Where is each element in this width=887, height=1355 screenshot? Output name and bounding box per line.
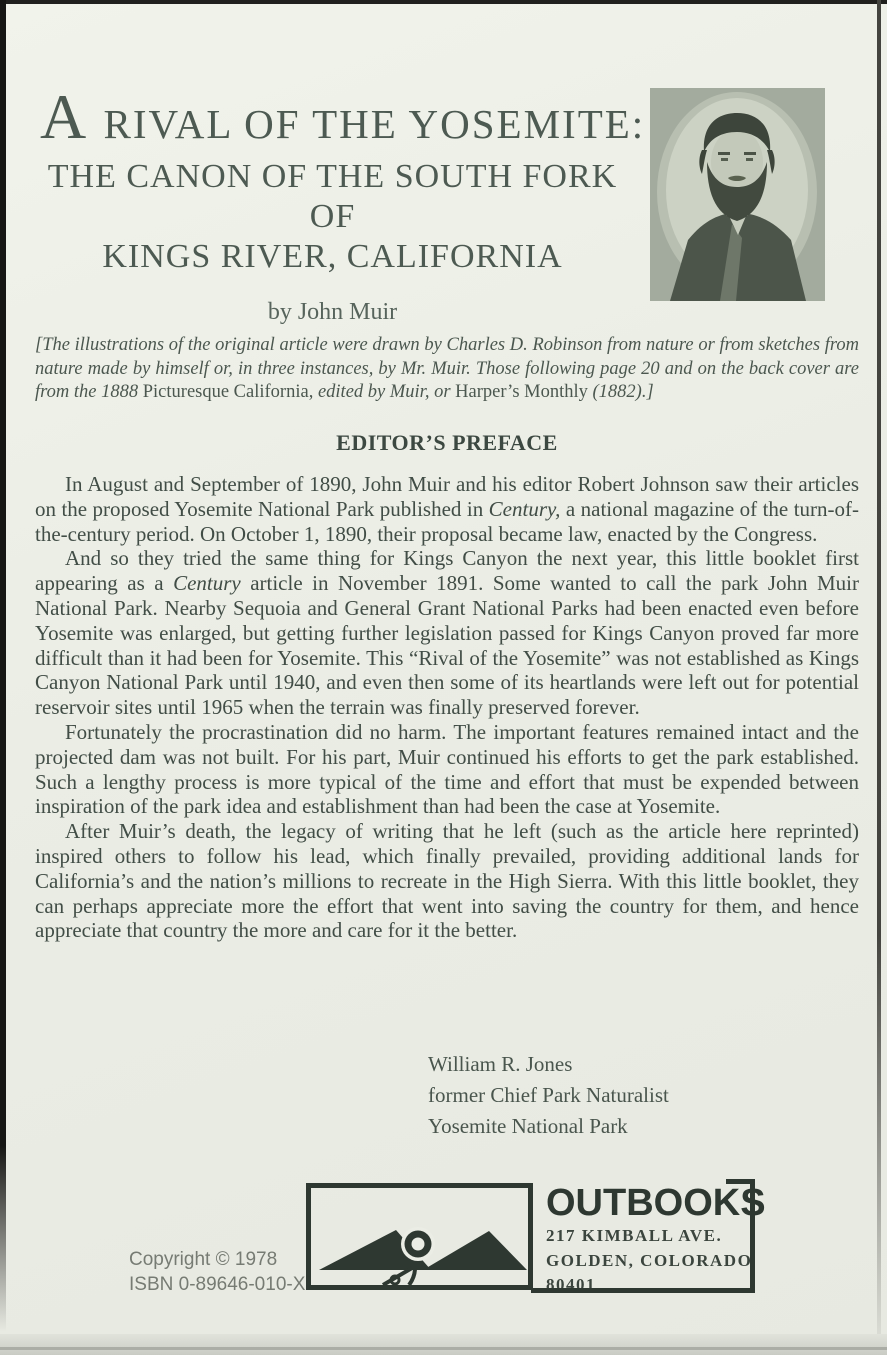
scan-edge-right [877,0,881,1336]
article-title-block: A RIVAL OF THE YOSEMITE: THE CANON OF TH… [40,84,625,326]
preface-body: In August and September of 1890, John Mu… [35,472,859,943]
signature-organization: Yosemite National Park [428,1111,669,1142]
title-line-1: A RIVAL OF THE YOSEMITE: [40,84,625,157]
publisher-block: OUTBOOKS 217 KIMBALL AVE. GOLDEN, COLORA… [546,1182,766,1298]
isbn-line: ISBN 0-89646-010-X [129,1272,305,1297]
publisher-address-line2: GOLDEN, COLORADO [546,1249,766,1274]
title-dropcap: A [40,81,86,152]
copyright-block: Copyright © 1978 ISBN 0-89646-010-X [129,1247,305,1297]
signature-role: former Chief Park Naturalist [428,1080,669,1111]
scan-edge-left [0,0,6,1332]
title-line-1-text: RIVAL OF THE YOSEMITE: [91,101,645,147]
publisher-rule-right [750,1179,755,1293]
copyright-line: Copyright © 1978 [129,1247,305,1272]
preface-heading: EDITOR’S PREFACE [35,430,859,456]
signature-block: William R. Jones former Chief Park Natur… [428,1049,669,1142]
scan-edge-top [0,0,887,4]
publisher-rule-bottom [531,1288,755,1293]
preface-paragraph-4: After Muir’s death, the legacy of writin… [35,819,859,943]
scanned-book-page: A RIVAL OF THE YOSEMITE: THE CANON OF TH… [0,0,887,1355]
preface-paragraph-3: Fortunately the procrastination did no h… [35,720,859,819]
preface-paragraph-2: And so they tried the same thing for Kin… [35,546,859,720]
john-muir-portrait-photo [650,88,825,301]
scan-edge-bottom-line [0,1347,887,1350]
scan-edge-bottom [0,1334,887,1355]
publisher-zip: 80401 [546,1273,766,1298]
title-line-2: THE CANON OF THE SOUTH FORK OF [40,157,625,237]
outbooks-logo-box [306,1183,533,1290]
signature-name: William R. Jones [428,1049,669,1080]
publisher-name: OUTBOOKS [546,1182,766,1224]
illustration-credit-note: [The illustrations of the original artic… [35,334,859,405]
mountains-sun-logo-icon [311,1188,528,1285]
byline: by John Muir [40,299,625,326]
title-line-3: KINGS RIVER, CALIFORNIA [40,237,625,277]
portrait-illustration [650,88,825,301]
preface-paragraph-1: In August and September of 1890, John Mu… [35,472,859,546]
publisher-address-line1: 217 KIMBALL AVE. [546,1224,766,1249]
